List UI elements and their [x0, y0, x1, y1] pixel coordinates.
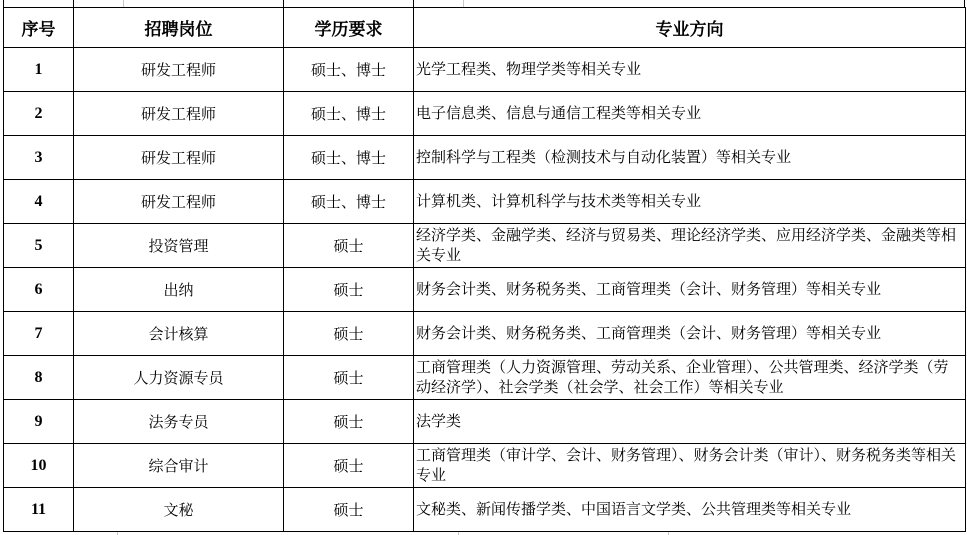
cell-index: 1	[4, 48, 74, 92]
cell-index: 2	[4, 92, 74, 136]
gridline-stub	[964, 0, 965, 7]
cell-position: 研发工程师	[74, 180, 284, 224]
recruitment-table-page: 序号 招聘岗位 学历要求 专业方向 1 研发工程师 硕士、博士 光学工程类、物理…	[0, 0, 967, 535]
cell-position: 文秘	[74, 488, 284, 532]
cell-major: 光学工程类、物理学类等相关专业	[414, 48, 966, 92]
cell-education: 硕士	[284, 444, 414, 488]
table-row: 2 研发工程师 硕士、博士 电子信息类、信息与通信工程类等相关专业	[4, 92, 966, 136]
header-major: 专业方向	[414, 8, 966, 48]
cell-position: 会计核算	[74, 312, 284, 356]
cell-position: 法务专员	[74, 400, 284, 444]
table-row: 1 研发工程师 硕士、博士 光学工程类、物理学类等相关专业	[4, 48, 966, 92]
recruitment-table: 序号 招聘岗位 学历要求 专业方向 1 研发工程师 硕士、博士 光学工程类、物理…	[3, 7, 966, 532]
cell-index: 4	[4, 180, 74, 224]
table-row: 7 会计核算 硕士 财务会计类、财务税务类、工商管理类（会计、财务管理）等相关专…	[4, 312, 966, 356]
table-row: 9 法务专员 硕士 法学类	[4, 400, 966, 444]
gridline-stub	[463, 0, 464, 7]
table-row: 3 研发工程师 硕士、博士 控制科学与工程类（检测技术与自动化装置）等相关专业	[4, 136, 966, 180]
cell-index: 5	[4, 224, 74, 268]
cell-position: 人力资源专员	[74, 356, 284, 400]
cell-index: 6	[4, 268, 74, 312]
gridline-stub	[413, 0, 414, 7]
cell-education: 硕士、博士	[284, 180, 414, 224]
header-position: 招聘岗位	[74, 8, 284, 48]
table-row: 11 文秘 硕士 文秘类、新闻传播学类、中国语言文学类、公共管理类等相关专业	[4, 488, 966, 532]
cell-education: 硕士	[284, 224, 414, 268]
cell-major: 经济学类、金融学类、经济与贸易类、理论经济学类、应用经济学类、金融类等相关专业	[414, 224, 966, 268]
table-row: 6 出纳 硕士 财务会计类、财务税务类、工商管理类（会计、财务管理）等相关专业	[4, 268, 966, 312]
cell-major: 工商管理类（人力资源管理、劳动关系、企业管理）、公共管理类、经济学类（劳动经济学…	[414, 356, 966, 400]
cell-major: 财务会计类、财务税务类、工商管理类（会计、财务管理）等相关专业	[414, 268, 966, 312]
table-row: 10 综合审计 硕士 工商管理类（审计学、会计、财务管理）、财务会计类（审计）、…	[4, 444, 966, 488]
cell-position: 研发工程师	[74, 48, 284, 92]
cell-education: 硕士、博士	[284, 136, 414, 180]
header-index: 序号	[4, 8, 74, 48]
gridline-stub	[3, 0, 4, 7]
cell-education: 硕士	[284, 356, 414, 400]
cell-education: 硕士、博士	[284, 92, 414, 136]
cell-index: 8	[4, 356, 74, 400]
gridline-stub	[123, 0, 124, 7]
gridline-stub	[73, 0, 74, 7]
header-education: 学历要求	[284, 8, 414, 48]
cell-major: 工商管理类（审计学、会计、财务管理）、财务会计类（审计）、财务税务类等相关专业	[414, 444, 966, 488]
cell-education: 硕士	[284, 488, 414, 532]
table-row: 8 人力资源专员 硕士 工商管理类（人力资源管理、劳动关系、企业管理）、公共管理…	[4, 356, 966, 400]
table-row: 5 投资管理 硕士 经济学类、金融学类、经济与贸易类、理论经济学类、应用经济学类…	[4, 224, 966, 268]
cell-major: 电子信息类、信息与通信工程类等相关专业	[414, 92, 966, 136]
cell-position: 投资管理	[74, 224, 284, 268]
cell-education: 硕士	[284, 268, 414, 312]
cell-position: 综合审计	[74, 444, 284, 488]
cell-major: 财务会计类、财务税务类、工商管理类（会计、财务管理）等相关专业	[414, 312, 966, 356]
cell-education: 硕士、博士	[284, 48, 414, 92]
cell-index: 10	[4, 444, 74, 488]
cell-index: 9	[4, 400, 74, 444]
cell-position: 出纳	[74, 268, 284, 312]
gridline-stub	[283, 0, 284, 7]
cell-education: 硕士	[284, 400, 414, 444]
header-row: 序号 招聘岗位 学历要求 专业方向	[4, 8, 966, 48]
cell-position: 研发工程师	[74, 92, 284, 136]
table-row: 4 研发工程师 硕士、博士 计算机类、计算机科学与技术类等相关专业	[4, 180, 966, 224]
cell-position: 研发工程师	[74, 136, 284, 180]
cell-major: 文秘类、新闻传播学类、中国语言文学类、公共管理类等相关专业	[414, 488, 966, 532]
cell-index: 7	[4, 312, 74, 356]
cell-index: 3	[4, 136, 74, 180]
cell-major: 计算机类、计算机科学与技术类等相关专业	[414, 180, 966, 224]
cell-education: 硕士	[284, 312, 414, 356]
cell-major: 控制科学与工程类（检测技术与自动化装置）等相关专业	[414, 136, 966, 180]
cell-index: 11	[4, 488, 74, 532]
cell-major: 法学类	[414, 400, 966, 444]
